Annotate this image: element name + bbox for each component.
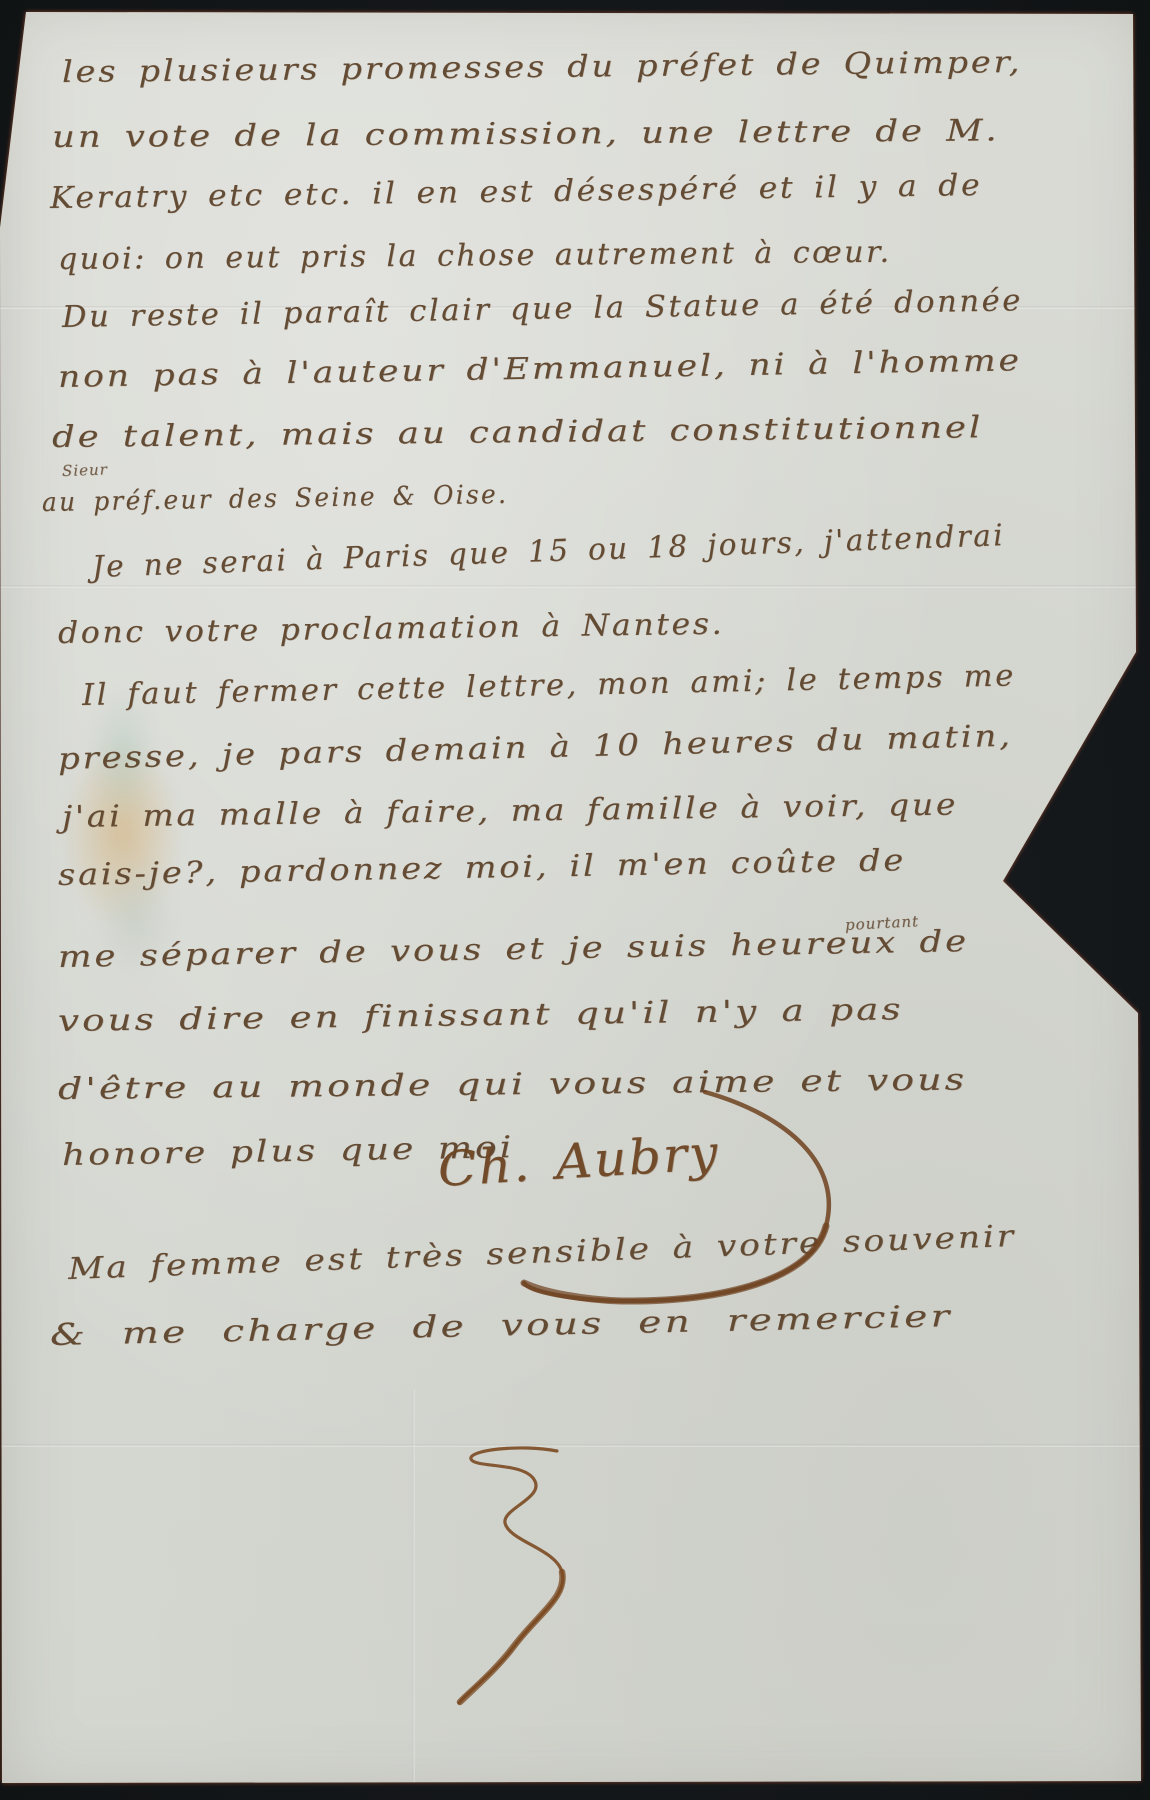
handwriting-line: les plusieurs promesses du préfet de Qui… (62, 45, 1023, 90)
handwriting-line: j'ai ma malle à faire, ma famille à voir… (62, 787, 959, 835)
letter-page: les plusieurs promesses du préfet de Qui… (0, 0, 1150, 1800)
handwriting-line: quoi: on eut pris la chose autrement à c… (58, 235, 892, 277)
handwriting-line: sais-je?, pardonnez moi, il m'en coûte d… (58, 843, 907, 893)
postscript-line: & me charge de vous en remercier (50, 1299, 953, 1353)
postscript-line: Ma femme est très sensible à votre souve… (67, 1219, 1016, 1287)
handwriting-line: non pas à l'auteur d'Emmanuel, ni à l'ho… (58, 343, 1022, 395)
handwriting-line: Keratry etc etc. il en est désespéré et … (50, 168, 983, 216)
letter-page-wrap: les plusieurs promesses du préfet de Qui… (0, 0, 1150, 1800)
handwriting-line: Il faut fermer cette lettre, mon ami; le… (82, 658, 1017, 713)
interlinear-insertion: Sieur (62, 460, 108, 480)
handwriting-line: presse, je pars demain à 10 heures du ma… (58, 719, 1014, 777)
fold-crease-horizontal (0, 1444, 1150, 1447)
handwriting-line: donc votre proclamation à Nantes. (58, 607, 725, 651)
handwriting-line: Du reste il paraît clair que la Statue a… (62, 283, 1023, 335)
handwriting-line: d'être au monde qui vous aime et vous (58, 1062, 968, 1107)
handwriting-line: vous dire en finissant qu'il n'y a pas (58, 992, 904, 1039)
fold-crease-vertical (412, 1390, 415, 1783)
handwriting-line: au préf.eur des Seine & Oise. (42, 480, 509, 518)
fold-crease-horizontal (0, 585, 1150, 588)
handwriting-line: Je ne serai à Paris que 15 ou 18 jours, … (91, 518, 1005, 585)
handwriting-line: de talent, mais au candidat constitution… (52, 410, 984, 455)
handwriting-line: un vote de la commission, une lettre de … (52, 113, 1000, 155)
handwriting-line: me séparer de vous et je suis heureux de (58, 924, 970, 975)
